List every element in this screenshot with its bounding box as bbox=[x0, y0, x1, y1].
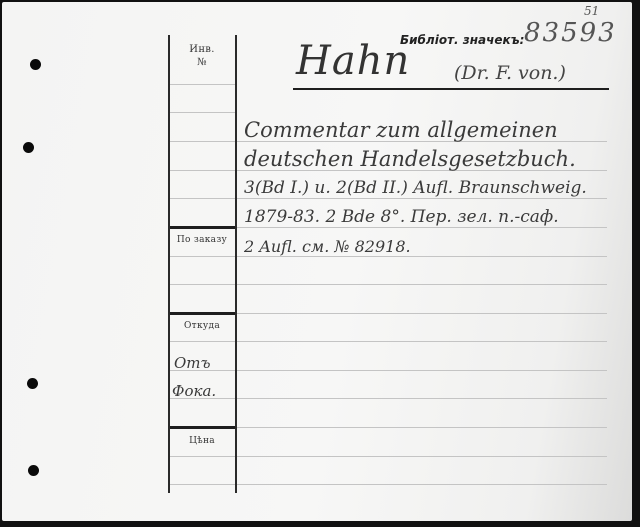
call-number: 83593 bbox=[524, 18, 617, 48]
left-rule bbox=[170, 112, 235, 113]
punch-hole-4 bbox=[28, 465, 39, 476]
punch-hole-2 bbox=[23, 142, 34, 153]
number-sign-label: № bbox=[170, 57, 234, 68]
left-rule bbox=[170, 198, 235, 199]
entry-line-1: Commentar zum allgemeinen bbox=[244, 118, 558, 142]
entry-rule bbox=[237, 484, 607, 485]
left-rule bbox=[170, 284, 235, 285]
section-divider-price bbox=[170, 426, 235, 429]
source-value-line1: Отъ bbox=[174, 354, 211, 372]
order-label: По заказу bbox=[170, 235, 234, 245]
left-column-border bbox=[168, 35, 170, 493]
entry-line-3: 3(Bd I.) u. 2(Bd II.) Aufl. Braunschweig… bbox=[244, 178, 587, 198]
left-rule bbox=[170, 141, 235, 142]
author-qualifier: (Dr. F. von.) bbox=[454, 62, 566, 84]
entry-rule bbox=[237, 313, 607, 314]
entry-line-4: 1879-83. 2 Bde 8°. Пер. зел. п.-саф. bbox=[244, 207, 559, 227]
entry-rule bbox=[237, 227, 607, 228]
left-rule bbox=[170, 456, 235, 457]
left-rule bbox=[170, 341, 235, 342]
inv-label: Инв. bbox=[170, 44, 234, 55]
section-divider-order bbox=[170, 226, 235, 229]
column-divider bbox=[235, 35, 237, 493]
entry-line-5: 2 Aufl. см. № 82918. bbox=[244, 237, 411, 256]
entry-rule bbox=[237, 427, 607, 428]
entry-rule bbox=[237, 398, 607, 399]
entry-rule bbox=[237, 456, 607, 457]
entry-rule bbox=[237, 198, 607, 199]
punch-hole-1 bbox=[30, 59, 41, 70]
author-surname: Hahn bbox=[296, 38, 410, 84]
source-value-line2: Фока. bbox=[172, 382, 216, 400]
entry-rule bbox=[237, 341, 607, 342]
catalog-card: Библіот. значекъ: 83593 51 Hahn (Dr. F. … bbox=[2, 2, 632, 521]
entry-line-2: deutschen Handelsgesetzbuch. bbox=[244, 147, 576, 171]
call-number-superscript: 51 bbox=[584, 4, 599, 18]
source-label: Откуда bbox=[170, 321, 234, 331]
entry-rule bbox=[237, 256, 607, 257]
left-rule bbox=[170, 84, 235, 85]
price-label: Цѣна bbox=[170, 436, 234, 446]
left-rule bbox=[170, 256, 235, 257]
library-mark-label: Библіот. значекъ: bbox=[400, 33, 524, 47]
entry-rule bbox=[237, 284, 607, 285]
left-rule bbox=[170, 484, 235, 485]
left-rule bbox=[170, 170, 235, 171]
punch-hole-3 bbox=[27, 378, 38, 389]
entry-rule bbox=[237, 370, 607, 371]
author-underline bbox=[293, 88, 609, 90]
section-divider-source bbox=[170, 312, 235, 315]
